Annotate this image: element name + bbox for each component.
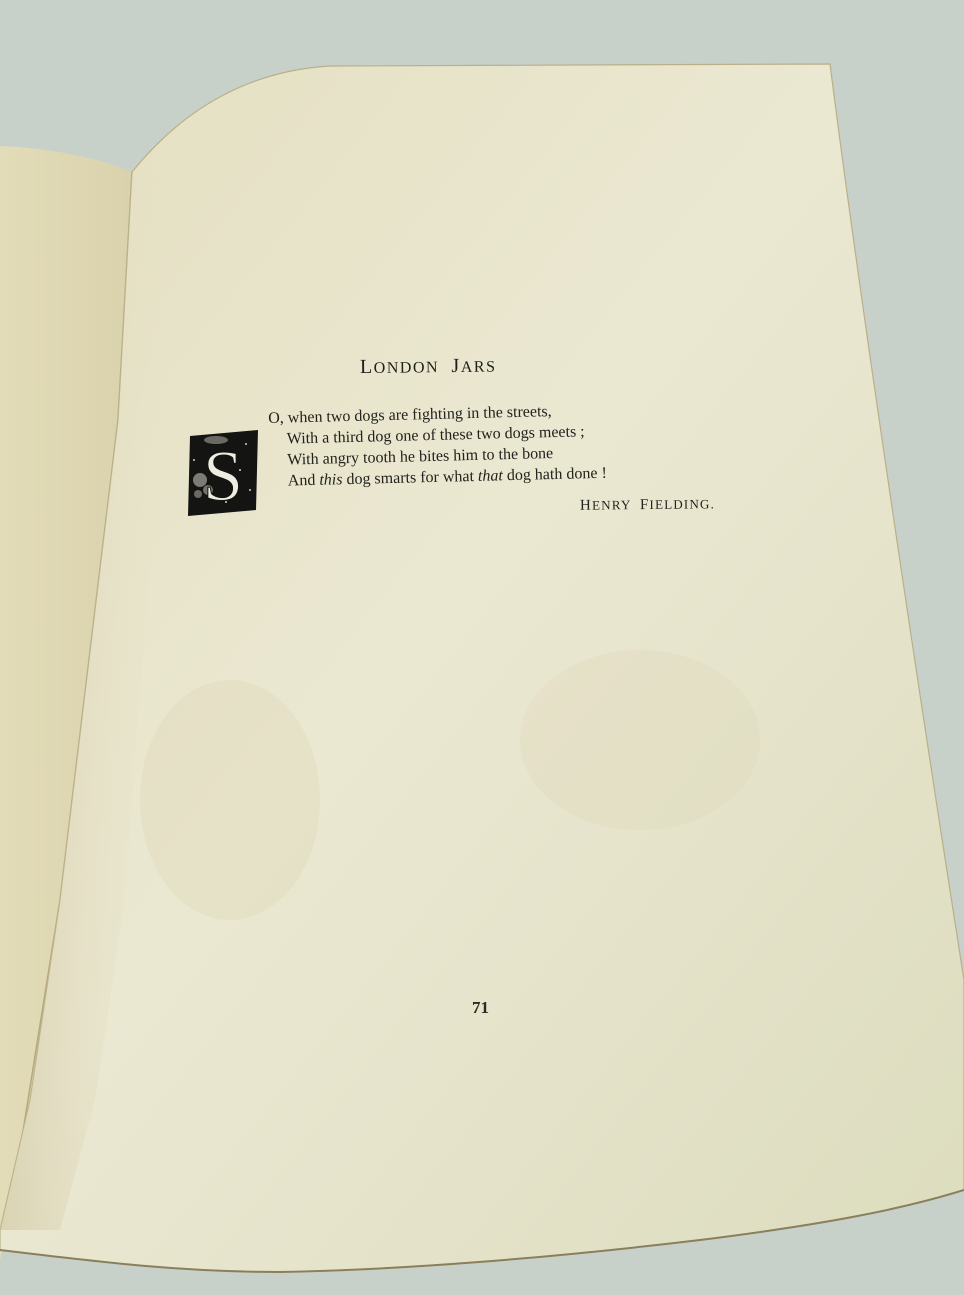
decorative-drop-cap-s-icon: S bbox=[186, 430, 260, 516]
book-photo: LONDON JARS S O, when two dogs are fight… bbox=[0, 0, 964, 1295]
page-number: 71 bbox=[472, 998, 489, 1018]
poem-text: O, when two dogs are fighting in the str… bbox=[268, 400, 607, 492]
poem-title: LONDON JARS bbox=[360, 355, 497, 379]
open-book-pages bbox=[0, 0, 964, 1295]
svg-text:S: S bbox=[203, 436, 243, 516]
poem-attribution: HENRY FIELDING. bbox=[580, 496, 715, 514]
